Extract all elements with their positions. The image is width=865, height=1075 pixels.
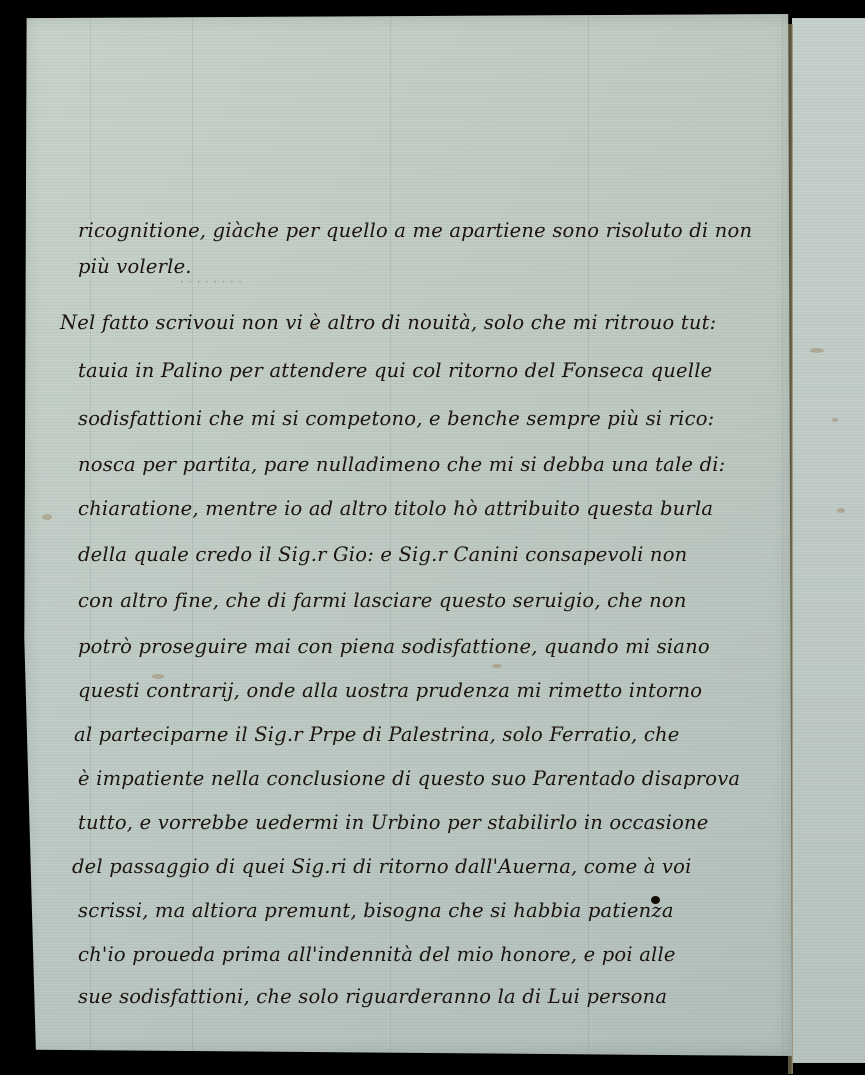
text-line-15: del passaggio di quei Sig.ri di ritorno … [72,855,692,878]
text-line-5: sodisfattioni che mi si competono, e ben… [78,407,714,430]
manuscript-scan: · · · · · · · · ricognitione, giàche per… [0,0,865,1075]
facing-page-edge [792,18,865,1063]
ink-blot [651,896,660,904]
text-line-14: tutto, e vorrebbe uedermi in Urbino per … [78,811,709,834]
text-line-2: più volerle. [78,255,192,278]
ink-stain [492,664,502,668]
text-line-3: Nel fatto scrivoui non vi è altro di nou… [60,311,716,334]
text-line-18: sue sodisfattioni, che solo riguarderann… [78,985,667,1008]
text-line-4: tauia in Palino per attendere qui col ri… [78,359,712,382]
text-line-10: potrò proseguire mai con piena sodisfatt… [78,635,710,658]
text-line-9: con altro fine, che di farmi lasciare qu… [78,589,687,612]
ink-stain [810,348,824,353]
text-line-16: scrissi, ma altiora premunt, bisogna che… [78,899,674,922]
text-line-8: della quale credo il Sig.r Gio: e Sig.r … [78,543,687,566]
ink-stain [837,508,845,513]
text-line-1: ricognitione, giàche per quello a me apa… [78,219,752,242]
text-line-13: è impatiente nella conclusione di questo… [78,767,740,790]
text-line-17: ch'io proueda prima all'indennità del mi… [78,943,676,966]
text-line-12: al parteciparne il Sig.r Prpe di Palestr… [74,723,679,746]
paper-chain-line [782,14,783,1056]
text-line-6: nosca per partita, pare nulladimeno che … [78,453,725,476]
text-line-7: chiaratione, mentre io ad altro titolo h… [78,497,713,520]
ink-stain [42,514,52,520]
text-line-11: questi contrarij, onde alla uostra prude… [78,679,702,702]
ink-stain [832,418,838,422]
